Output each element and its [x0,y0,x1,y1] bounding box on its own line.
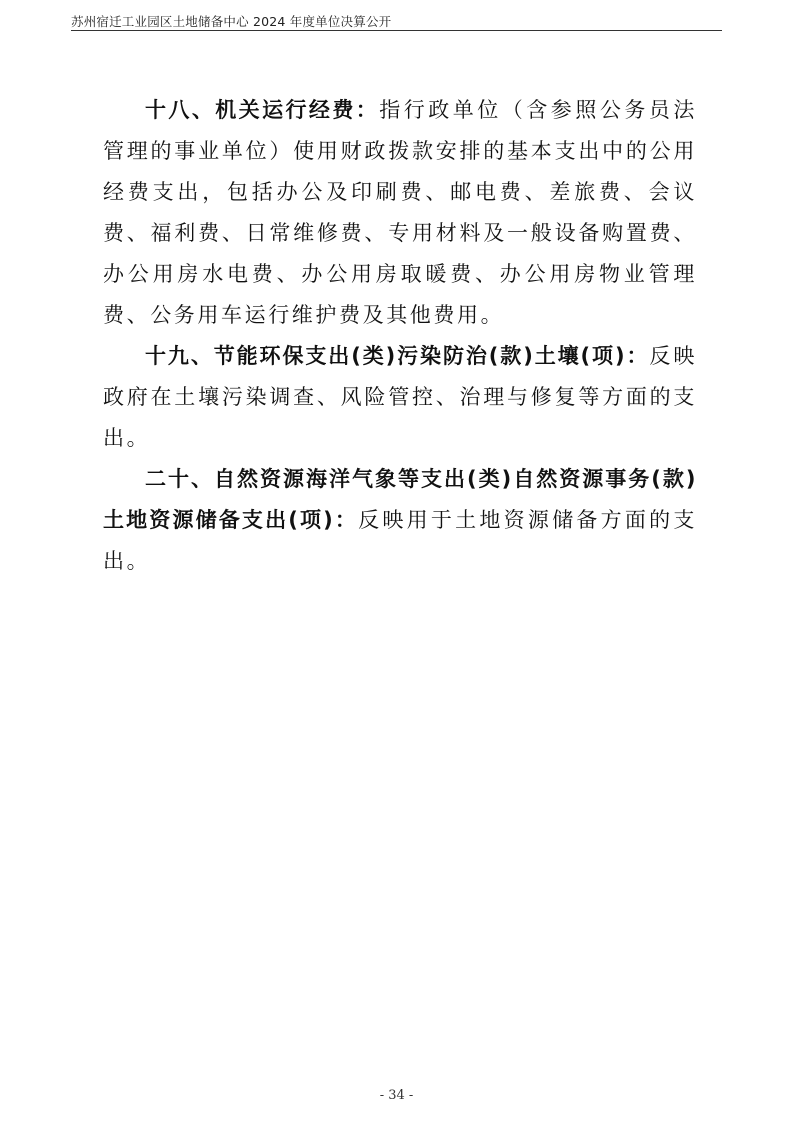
paragraph-20: 二十、自然资源海洋气象等支出(类)自然资源事务(款)土地资源储备支出(项)：反映… [103,459,697,582]
page-header: 苏州宿迁工业园区土地储备中心 2024 年度单位决算公开 [71,10,722,31]
header-title: 苏州宿迁工业园区土地储备中心 2024 年度单位决算公开 [71,12,391,30]
document-body: 十八、机关运行经费：指行政单位（含参照公务员法管理的事业单位）使用财政拨款安排的… [103,90,697,582]
page-number: - 34 - [0,1088,793,1103]
definition-18: 指行政单位（含参照公务员法管理的事业单位）使用财政拨款安排的基本支出中的公用经费… [103,98,697,327]
term-18: 十八、机关运行经费： [145,98,379,122]
paragraph-18: 十八、机关运行经费：指行政单位（含参照公务员法管理的事业单位）使用财政拨款安排的… [103,90,697,336]
term-19: 十九、节能环保支出(类)污染防治(款)土壤(项)： [145,344,649,368]
paragraph-19: 十九、节能环保支出(类)污染防治(款)土壤(项)：反映政府在土壤污染调查、风险管… [103,336,697,459]
